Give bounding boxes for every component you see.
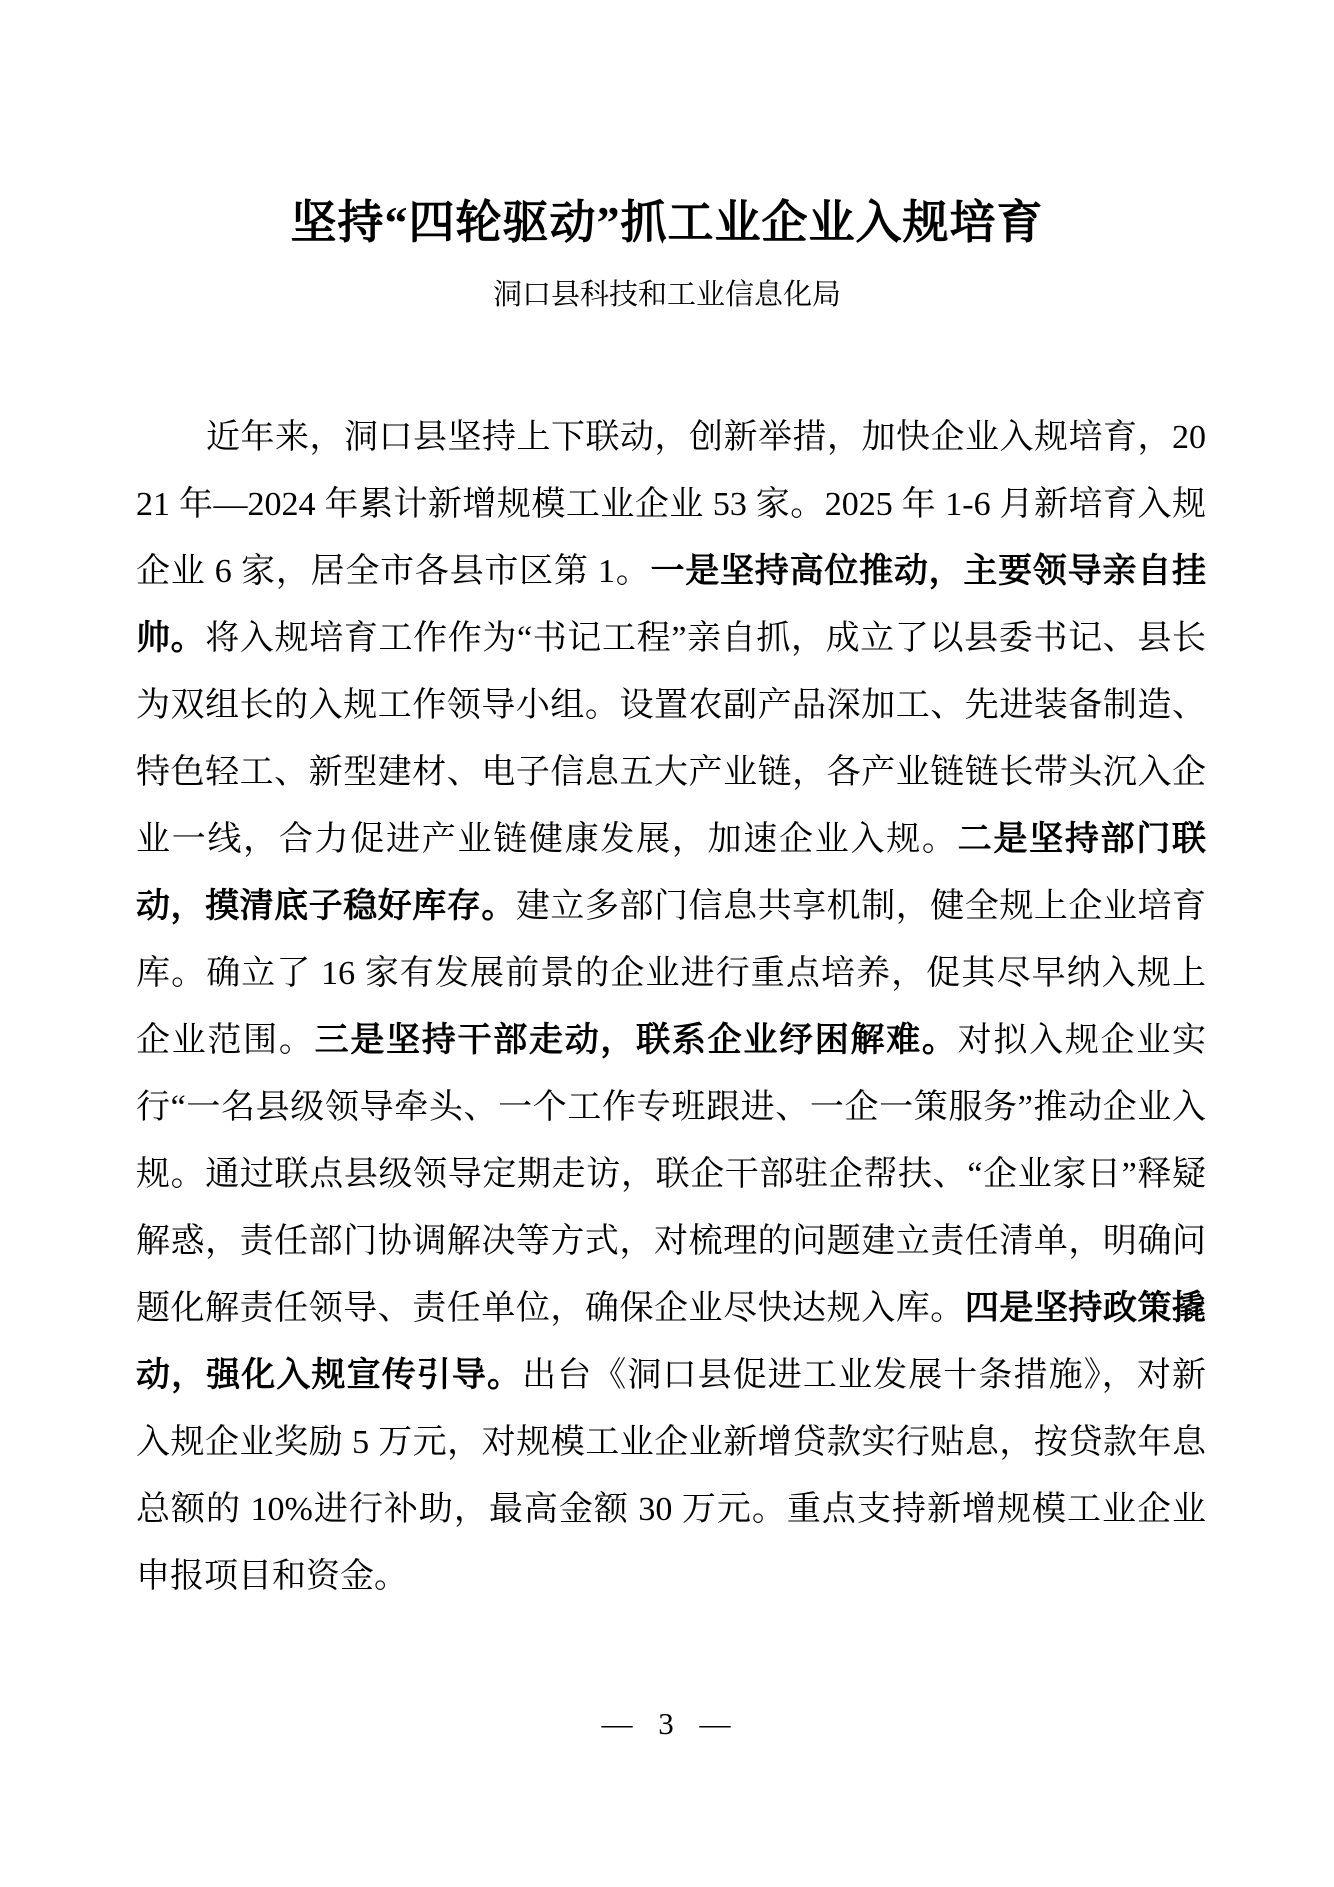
document-title: 坚持“四轮驱动”抓工业企业入规培育 (0, 0, 1334, 250)
document-subtitle: 洞口县科技和工业信息化局 (0, 278, 1334, 312)
body-paragraph: 近年来，洞口县坚持上下联动，创新举措，加快企业入规培育，2021 年—2024 … (136, 404, 1206, 1610)
document-page: 坚持“四轮驱动”抓工业企业入规培育 洞口县科技和工业信息化局 近年来，洞口县坚持… (0, 0, 1334, 1887)
page-number: — 3 — (602, 1706, 733, 1741)
emphasis-text-run: 三是坚持干部走动，联系企业纾困解难。 (315, 1021, 958, 1059)
page-footer: — 3 — (0, 1706, 1334, 1742)
body-text-run: 对拟入规企业实行“一名县级领导牵头、一个工作专班跟进、一企一策服务”推动企业入规… (136, 1022, 1206, 1327)
